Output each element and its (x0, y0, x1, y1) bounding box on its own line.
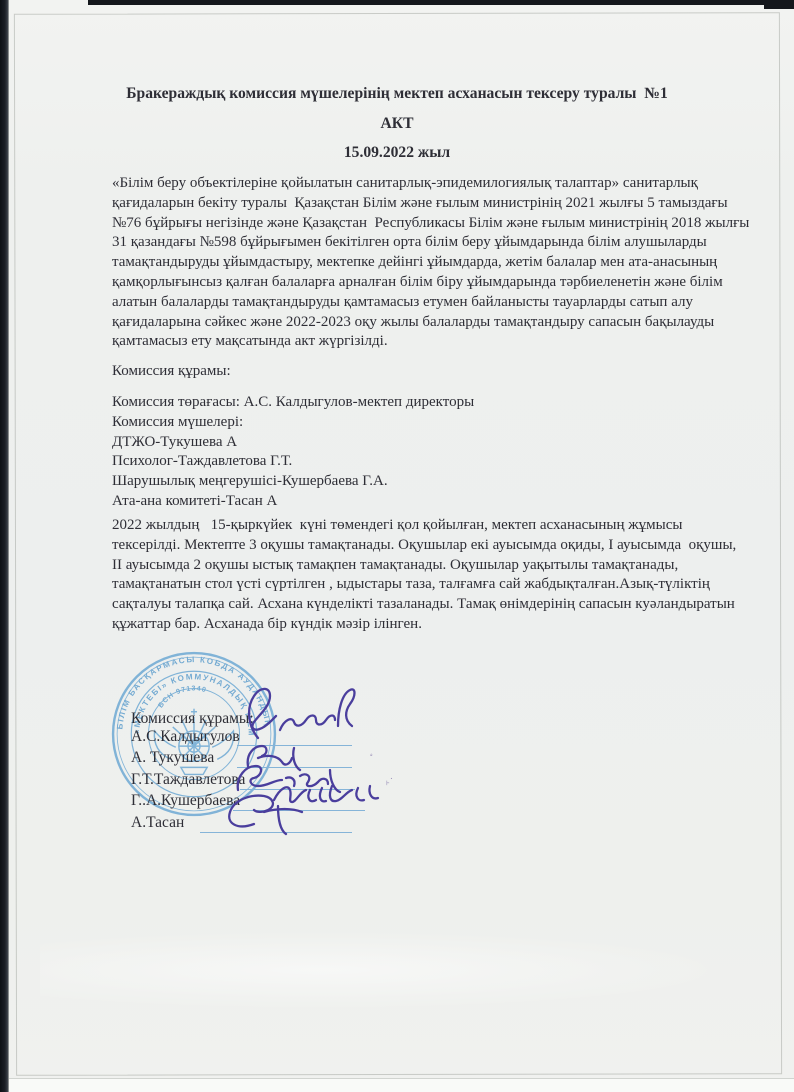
paragraph-line: алатын балаларды тамақтандыруды қамтамас… (112, 293, 776, 313)
paragraph-line: 31 қазандағы №598 бұйрығымен бекітілген … (112, 233, 776, 253)
scanner-edge-top (88, 0, 794, 5)
paragraph-line: II ауысымда 2 оқушы ыстық тамақпен тамақ… (112, 556, 776, 576)
paragraph-line: 2022 жылдың 15-қыркүйек күні төмендегі қ… (112, 516, 776, 536)
handwritten-signature (238, 682, 363, 748)
commission-member-line: Комиссия төрағасы: А.С. Калдыгулов-мекте… (112, 393, 712, 413)
scanner-edge-corner (764, 0, 794, 9)
signature-row: А. Тукушева (131, 748, 214, 768)
commission-header: Комиссия құрамы: (112, 362, 231, 382)
paragraph-line: тексерілді. Мектепте 3 оқушы тамақтанады… (112, 536, 776, 556)
scanner-edge-left (0, 0, 9, 1092)
paragraph-line: қамқорлығынсыз қалған балаларға арналған… (112, 273, 776, 293)
paragraph-line: қамтамасыз ету мақсатында акт жүргізілді… (112, 332, 776, 352)
paragraph-line: тамақтанатын стол үсті сүртілген , ыдыст… (112, 575, 776, 595)
commission-member-line: Ата-ана комитеті-Тасан А (112, 492, 712, 512)
paragraph-line: құжаттар бар. Асханада бір күндік мәзір … (112, 615, 776, 635)
signer-name: А. Тукушева (131, 749, 214, 766)
handwritten-signature (220, 786, 315, 838)
commission-member-line: Комиссия мүшелері: (112, 413, 712, 433)
paragraph-line: №76 бұйрығы негізінде және Қазақстан Рес… (112, 214, 776, 234)
commission-member-line: Психолог-Таждавлетова Г.Т. (112, 452, 712, 472)
paragraph-line: қағидаларына сәйкес және 2022-2023 оқу ж… (112, 313, 776, 333)
commission-list: Комиссия төрағасы: А.С. Калдыгулов-мекте… (112, 393, 712, 512)
commission-member-line: Шарушылық меңгерушісі-Кушербаева Г.А. (112, 472, 712, 492)
signature-row: А.Тасан (131, 813, 184, 833)
scanned-document: { "document": { "title": "Бракераждық ко… (0, 0, 794, 1092)
signer-name: А.С.Калдыгулов (131, 728, 240, 745)
inspection-paragraph: 2022 жылдың 15-қыркүйек күні төмендегі қ… (112, 516, 776, 635)
signature-row: А.С.Калдыгулов (131, 727, 240, 747)
paragraph-line: қағидаларын бекіту туралы Қазақстан Білі… (112, 194, 776, 214)
document-date: 15.09.2022 жыл (0, 143, 794, 163)
commission-member-line: ДТЖО-Тукушева А (112, 433, 712, 453)
intro-paragraph: «Білім беру объектілеріне қойылатын сани… (112, 174, 776, 352)
signature-block-header: Комиссия құрамы: (131, 709, 254, 729)
paragraph-line: тамақтандыруды ұйымдастыру, мектепке дей… (112, 253, 776, 273)
act-heading: АКТ (0, 114, 794, 134)
document-title: Бракераждық комиссия мүшелерінің мектеп … (0, 84, 794, 104)
paragraph-line: сақталуы талапқа сай. Асхана күнделікті … (112, 595, 776, 615)
scanner-edge-bottom (9, 1078, 794, 1092)
paper-crease (40, 930, 740, 1010)
signer-name: А.Тасан (131, 814, 184, 831)
paragraph-line: «Білім беру объектілеріне қойылатын сани… (112, 174, 776, 194)
